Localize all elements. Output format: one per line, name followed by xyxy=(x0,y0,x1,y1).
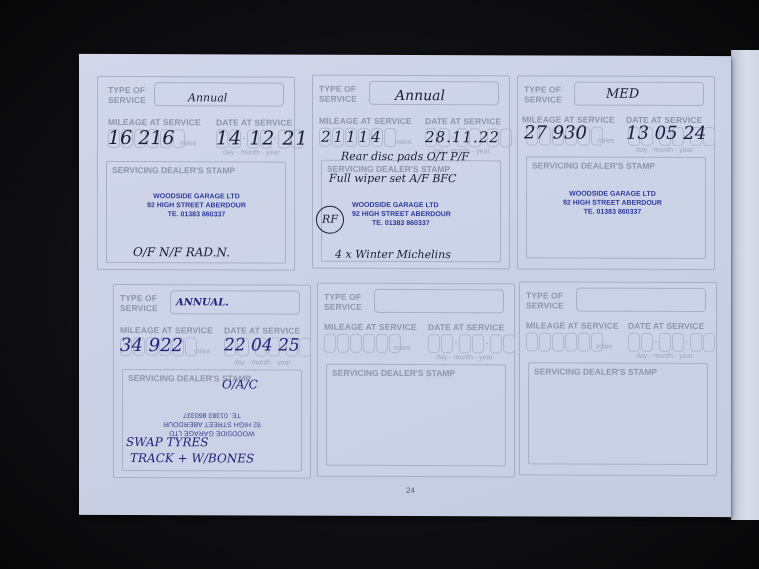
type-of-service-label: TYPE OFSERVICE xyxy=(324,292,362,312)
mileage-label: MILEAGE AT SERVICE xyxy=(319,116,412,126)
stamp-label: SERVICING DEALER'S STAMP xyxy=(532,160,655,170)
dealer-stamp-area: SERVICING DEALER'S STAMP xyxy=(326,364,506,467)
miles-label: miles xyxy=(180,140,196,147)
service-note: SWAP TYRES xyxy=(126,435,208,449)
date-format-label: day - month - year xyxy=(223,149,280,156)
date-format-label: day - month - year xyxy=(234,359,291,366)
date-format-label: day - month - year xyxy=(636,353,693,360)
service-note: TRACK + W/BONES xyxy=(130,451,254,465)
date-digit-boxes[interactable]: -- xyxy=(428,334,515,353)
dealer-stamp-area: SERVICING DEALER'S STAMP WOODSIDE GARAGE… xyxy=(526,156,706,259)
date-format-label: day - month - year xyxy=(436,354,493,361)
service-type-value: MED xyxy=(606,87,639,102)
date-label: DATE AT SERVICE xyxy=(216,117,292,127)
mileage-value: 34 922 xyxy=(120,335,183,356)
service-entry-5: TYPE OFSERVICE MILEAGE AT SERVICE DATE A… xyxy=(317,283,515,478)
type-of-service-field[interactable] xyxy=(374,289,504,313)
date-label: DATE AT SERVICE xyxy=(224,325,300,335)
type-of-service-label: TYPE OFSERVICE xyxy=(524,84,562,104)
type-of-service-label: TYPE OFSERVICE xyxy=(108,85,146,105)
miles-label: miles xyxy=(598,138,614,145)
stamp-label: SERVICING DEALER'S STAMP xyxy=(332,368,455,378)
mileage-value: 16 216 xyxy=(108,127,174,149)
mileage-label: MILEAGE AT SERVICE xyxy=(120,325,213,335)
date-label: DATE AT SERVICE xyxy=(425,116,501,126)
dealer-stamp-area: SERVICING DEALER'S STAMP xyxy=(528,362,708,465)
service-entry-6: TYPE OFSERVICE MILEAGE AT SERVICE DATE A… xyxy=(519,281,717,476)
mileage-digit-boxes[interactable] xyxy=(526,332,603,351)
stamp-label: SERVICING DEALER'S STAMP xyxy=(534,366,657,376)
date-value: 28.11.22 xyxy=(425,128,500,146)
initials-signature: RF xyxy=(316,206,344,234)
dealer-stamp: WOODSIDE GARAGE LTD92 HIGH STREET ABERDO… xyxy=(352,201,451,228)
service-note: O/F N/F RAD.N. xyxy=(133,245,230,259)
dealer-stamp: WOODSIDE GARAGE LTD92 HIGH STREET ABERDO… xyxy=(147,192,246,219)
page-number: 24 xyxy=(406,486,415,495)
type-of-service-label: TYPE OFSERVICE xyxy=(526,290,564,310)
next-page-edge xyxy=(731,50,759,520)
date-label: DATE AT SERVICE xyxy=(428,322,504,332)
service-note: 4 x Winter Michelins xyxy=(335,248,451,261)
service-entry-3: TYPE OFSERVICE MILEAGE AT SERVICE DATE A… xyxy=(517,75,715,270)
miles-label: miles xyxy=(194,348,210,355)
date-digit-boxes[interactable]: -- xyxy=(628,333,715,352)
service-type-value: Annual xyxy=(395,88,445,104)
mileage-label: MILEAGE AT SERVICE xyxy=(108,117,201,127)
service-note: Rear disc pads O/T P/F xyxy=(341,150,469,163)
type-of-service-field[interactable] xyxy=(576,288,706,312)
service-entry-4: TYPE OFSERVICE MILEAGE AT SERVICE DATE A… xyxy=(113,284,311,479)
date-format-label: day - month - year xyxy=(636,147,693,154)
dealer-stamp-inverted: WOODSIDE GARAGE LTD92 HIGH STREET ABERDO… xyxy=(163,410,261,437)
mileage-value: 27 930 xyxy=(524,122,587,143)
service-entry-2: TYPE OFSERVICE MILEAGE AT SERVICE DATE A… xyxy=(312,75,510,270)
miles-label: miles xyxy=(394,345,410,352)
service-note: Full wiper set A/F BFC xyxy=(329,172,456,185)
type-of-service-label: TYPE OFSERVICE xyxy=(319,84,357,104)
dealer-stamp: WOODSIDE GARAGE LTD92 HIGH STREET ABERDO… xyxy=(563,190,662,217)
service-type-value: ANNUAL. xyxy=(176,297,229,308)
service-entry-1: TYPE OFSERVICE MILEAGE AT SERVICE DATE A… xyxy=(97,76,295,271)
stamp-label: SERVICING DEALER'S STAMP xyxy=(112,165,235,175)
date-value: 22 04 25 xyxy=(224,335,300,355)
date-label: DATE AT SERVICE xyxy=(628,321,704,331)
date-value: 14 12 21 xyxy=(216,127,309,149)
mileage-label: MILEAGE AT SERVICE xyxy=(526,320,619,330)
service-note: O/A/C xyxy=(222,377,258,391)
service-type-value: Annual xyxy=(188,91,227,104)
mileage-label: MILEAGE AT SERVICE xyxy=(324,322,417,332)
service-record-page: TYPE OFSERVICE MILEAGE AT SERVICE DATE A… xyxy=(79,54,731,517)
type-of-service-label: TYPE OFSERVICE xyxy=(120,293,158,313)
miles-label: miles xyxy=(596,344,612,351)
mileage-digit-boxes[interactable] xyxy=(324,334,401,353)
date-value: 13 05 24 xyxy=(626,123,706,144)
miles-label: miles xyxy=(395,139,411,146)
mileage-value: 21114 xyxy=(321,128,384,146)
